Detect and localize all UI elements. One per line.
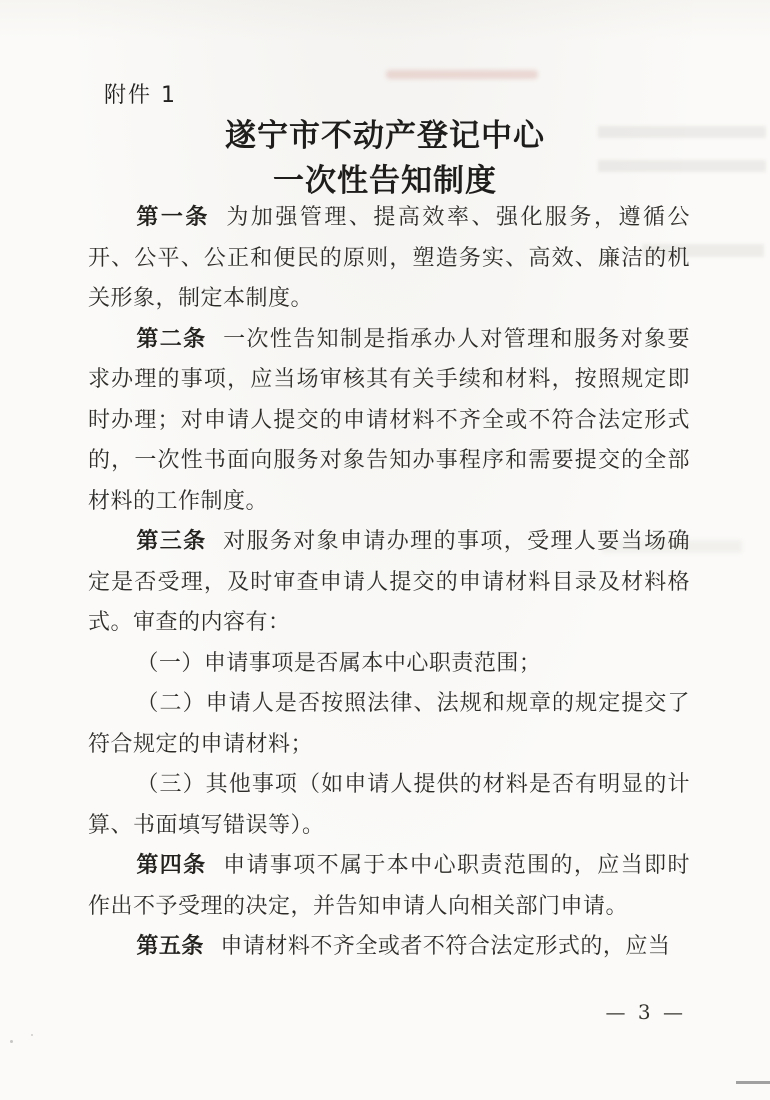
paragraph-text: （一）申请事项是否属本中心职责范围； bbox=[136, 651, 541, 676]
article-number: 第二条 bbox=[136, 327, 206, 352]
page-number: — 3 — bbox=[606, 1000, 686, 1024]
paragraph-article-1: 第一条为加强管理、提高效率、强化服务，遵循公开、公平、公正和便民的原则，塑造务实… bbox=[88, 198, 690, 320]
paragraph-text: 申请材料不齐全或者不符合法定形式的，应当 bbox=[220, 934, 670, 959]
paragraph-article-2: 第二条一次性告知制是指承办人对管理和服务对象要求办理的事项，应当场审核其有关手续… bbox=[88, 320, 690, 523]
paragraph-list-item-1: （一）申请事项是否属本中心职责范围； bbox=[88, 644, 690, 685]
article-number: 第三条 bbox=[136, 529, 206, 554]
article-number: 第一条 bbox=[136, 205, 210, 230]
paragraph-text: （三）其他事项（如申请人提供的材料是否有明显的计算、书面填写错误等）。 bbox=[88, 772, 690, 838]
scan-artifact-edge-mark bbox=[736, 1081, 770, 1084]
document-body: 第一条为加强管理、提高效率、强化服务，遵循公开、公平、公正和便民的原则，塑造务实… bbox=[88, 198, 690, 968]
paragraph-article-3: 第三条对服务对象申请办理的事项，受理人要当场确定是否受理，及时审查申请人提交的申… bbox=[88, 522, 690, 644]
paragraph-article-4: 第四条申请事项不属于本中心职责范围的，应当即时作出不予受理的决定，并告知申请人向… bbox=[88, 846, 690, 927]
paragraph-article-5: 第五条申请材料不齐全或者不符合法定形式的，应当 bbox=[88, 927, 690, 968]
document-title: 遂宁市不动产登记中心 一次性告知制度 bbox=[0, 114, 770, 204]
scan-artifact-pink-smudge bbox=[386, 70, 538, 79]
article-number: 第五条 bbox=[136, 934, 204, 959]
attachment-label: 附件 1 bbox=[104, 78, 177, 109]
scan-artifact-speck bbox=[10, 1040, 13, 1043]
paragraph-list-item-3: （三）其他事项（如申请人提供的材料是否有明显的计算、书面填写错误等）。 bbox=[88, 765, 690, 846]
scan-artifact-speck bbox=[31, 1034, 33, 1036]
paragraph-text: （二）申请人是否按照法律、法规和规章的规定提交了符合规定的申请材料； bbox=[88, 691, 690, 757]
paragraph-list-item-2: （二）申请人是否按照法律、法规和规章的规定提交了符合规定的申请材料； bbox=[88, 684, 690, 765]
document-page: 附件 1 遂宁市不动产登记中心 一次性告知制度 第一条为加强管理、提高效率、强化… bbox=[0, 0, 770, 1100]
paragraph-text: 一次性告知制是指承办人对管理和服务对象要求办理的事项，应当场审核其有关手续和材料… bbox=[88, 327, 690, 514]
article-number: 第四条 bbox=[136, 853, 206, 878]
document-title-line1: 遂宁市不动产登记中心 bbox=[0, 114, 770, 159]
